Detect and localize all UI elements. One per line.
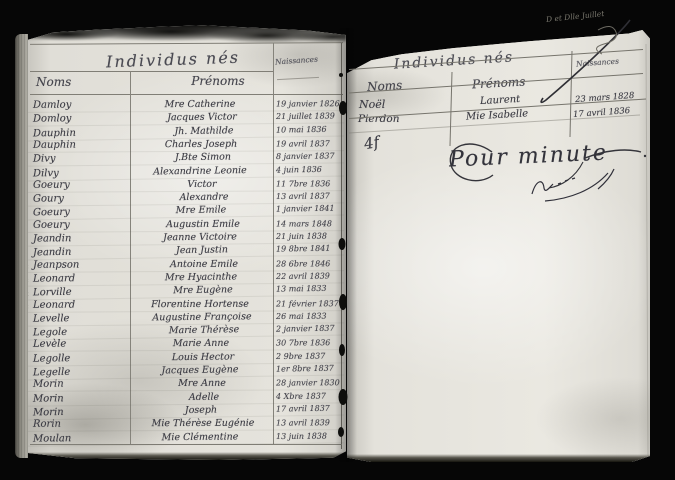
row-date: 28 6bre 1846 [276, 257, 340, 270]
register-right-page: Individus nés Naissances Noms Prénoms No… [347, 30, 650, 462]
row-nom: Legolle [33, 351, 128, 365]
row-date: 21 février 1837 [276, 297, 340, 310]
right-row-nom: Pierdon [358, 113, 399, 125]
row-nom: Morin [33, 378, 128, 391]
row-nom: Damloy [33, 98, 128, 111]
row-nom: Levèle [33, 338, 128, 351]
row-prenom: Mre Anne [132, 377, 272, 391]
row-date: 14 mars 1848 [276, 217, 340, 230]
row-nom: Morin [33, 391, 128, 405]
row-prenom: Mre Eugène [133, 283, 273, 298]
row-prenom: Jh. Mathilde [134, 123, 274, 138]
row-nom: Jeandin [33, 232, 128, 246]
book-page-edges [15, 34, 28, 458]
row-prenom: Joseph [131, 403, 271, 418]
book-gutter-shadow [335, 28, 357, 462]
row-prenom: Mre Catherine [130, 98, 270, 112]
row-nom: Levelle [33, 311, 128, 325]
row-prenom: Antoine Emile [134, 257, 274, 271]
row-date: 1 janvier 1841 [276, 202, 340, 216]
clerk-paraph: 4f [363, 133, 381, 153]
row-date: 13 mai 1833 [276, 282, 340, 296]
row-prenom: Victor [132, 177, 272, 191]
row-prenom: Marie Anne [131, 337, 271, 351]
right-row-prenom: Mie Isabelle [466, 108, 529, 122]
row-prenom: J.Bte Simon [133, 150, 273, 164]
row-date: 1er 8bre 1837 [276, 362, 340, 376]
row-nom: Dauphin [33, 138, 128, 151]
row-date: 13 avril 1839 [276, 416, 340, 429]
row-prenom: Mre Emile [131, 203, 271, 218]
row-prenom: Florentine Hortense [130, 297, 270, 311]
right-row-date: 23 mars 1828 [575, 91, 635, 105]
row-date: 2 9bre 1837 [276, 349, 340, 363]
right-col-noms-label: Noms [367, 78, 403, 94]
row-date: 19 avril 1837 [276, 137, 340, 150]
row-date: 11 7bre 1836 [276, 177, 340, 190]
row-prenom: Jean Justin [132, 243, 272, 258]
row-date: 19 8bre 1841 [276, 242, 340, 256]
row-nom: Domloy [33, 112, 128, 126]
row-nom: Goury [33, 192, 128, 206]
row-nom: Moulan [33, 431, 128, 445]
right-row-prenom: Laurent [480, 94, 521, 107]
row-date: 30 7bre 1836 [276, 337, 340, 350]
table-row: Moulan Mie Clémentine 13 juin 1838 [28, 429, 344, 447]
right-col-naissances-label: Naissances [576, 57, 619, 69]
right-row-date: 17 avril 1836 [573, 106, 631, 120]
scanned-register-spread: Individus nés Naissances Noms Prénoms Da… [0, 0, 675, 480]
row-date: 28 janvier 1830 [276, 376, 340, 389]
pour-minute-note: Pour minute [449, 141, 609, 173]
row-date: 2 janvier 1837 [276, 322, 340, 336]
row-date: 4 juin 1836 [276, 162, 340, 176]
right-page-bottom-edge [347, 454, 650, 462]
row-nom: Divy [33, 152, 128, 166]
row-nom: Goeury [33, 218, 128, 231]
right-row-nom: Noël [359, 98, 385, 111]
left-page-bottom-edge [28, 452, 346, 460]
row-date: 13 juin 1838 [276, 429, 340, 443]
row-prenom: Alexandrine Leonie [130, 163, 270, 178]
row-nom: Jeanpson [33, 258, 128, 271]
row-nom: Leonard [33, 298, 128, 311]
row-nom: Goeury [33, 178, 128, 191]
row-date: 10 mai 1836 [276, 122, 340, 136]
right-page-title: Individus nés [379, 48, 530, 73]
corner-annotation: D et Dlle Juillet [546, 9, 605, 24]
left-rows: Damloy Mre Catherine 19 janvier 1826 Dom… [28, 20, 346, 460]
register-left-page: Individus nés Naissances Noms Prénoms Da… [28, 20, 346, 460]
row-nom: Rorin [33, 417, 128, 430]
row-prenom: Charles Joseph [131, 137, 271, 151]
row-nom: Leonard [33, 271, 128, 285]
row-prenom: Jacques Victor [132, 110, 272, 124]
right-col-prenoms-label: Prénoms [472, 75, 526, 92]
row-prenom: Augustin Emile [133, 217, 273, 231]
row-date: 21 juillet 1839 [276, 110, 340, 124]
row-date: 17 avril 1837 [276, 401, 340, 415]
row-prenom: Mie Clémentine [130, 430, 270, 444]
row-prenom: Jacques Eugène [130, 363, 270, 378]
row-prenom: Marie Thérèse [134, 323, 274, 338]
row-date: 8 janvier 1837 [276, 150, 340, 164]
row-date: 4 Xbre 1837 [276, 389, 340, 403]
row-prenom: Mie Thérèse Eugénie [133, 417, 273, 431]
